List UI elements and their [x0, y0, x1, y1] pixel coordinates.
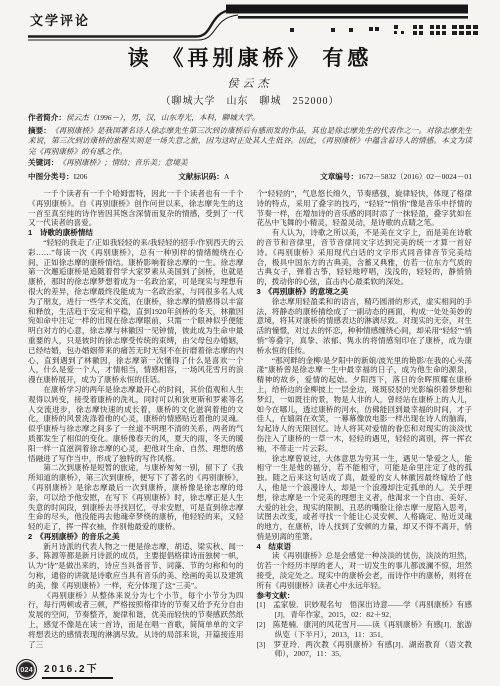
abstract-text: 《再别康桥》是我国著名诗人徐志摩先生第三次到访康桥后有感而发的作品，其也是徐志摩…	[28, 126, 472, 156]
references-heading: 参考文献：	[257, 591, 473, 601]
reference-item: [3] 罗亚玲．两次教《再别康桥》有感[J]．湖南教育（语文教师），2007，1…	[257, 640, 473, 660]
paragraph: 新月诗派的代表人物之一便是徐志摩，胡适、梁实秋、闻一多、陈源等都是新月诗派的成员…	[28, 542, 244, 591]
section-heading: 2 《再别康桥》的音乐之美	[28, 532, 244, 542]
keywords-line: 关键词：《再别康桥》；情结；音乐美；意境美	[28, 158, 472, 169]
page-number-badge: 024	[16, 659, 37, 680]
section-heading: 3 《再别康桥》的意境之美	[257, 287, 473, 297]
article-id-value: 1672－5832（2016）02－0024－01	[358, 172, 472, 181]
doc-code-item: 文献标识码：A	[178, 172, 229, 183]
header-dots-graphic	[290, 25, 478, 35]
clc-value: I206	[74, 172, 88, 181]
abstract-label: 摘要：	[28, 126, 51, 135]
section-heading: 1 诗歌的康桥情结	[28, 228, 244, 238]
column-category-label: 文学评论	[30, 10, 90, 29]
paragraph: 徐志摩用轻盈柔和的语言，精巧圆滑的形式，虚实相间的手法，将静态的康桥描绘成了一副…	[257, 297, 473, 356]
doc-code-value: A	[224, 172, 229, 181]
issue-label: 2016.2下	[42, 660, 113, 679]
classification-row: 中图分类号：I206 文献标识码：A 文章编号：1672－5832（2016）0…	[28, 172, 472, 183]
author-bio-line: 作者简介：侯云杰（1996－），男，汉，山东寿光，本科，聊城大学。	[28, 113, 472, 124]
paragraph: 有人认为，诗歌之所以美，不是美在文字上，而是美在诗歌的音节和音律里，音节音律同文…	[257, 228, 473, 287]
article-meta-block: 作者简介：侯云杰（1996－），男，汉，山东寿光，本科，聊城大学。 摘要：《再别…	[28, 113, 472, 182]
paragraph: 读《再别康桥》总是会感觉一种淡淡的忧伤，淡淡的坦然，仿若一个经历丰厚的老人，对一…	[257, 551, 473, 590]
article-affiliation: （聊城大学 山东 聊城 252000）	[0, 92, 500, 107]
paragraph: “轻轻的我走了/正如我轻轻的来/我轻轻的招手/作别西天的云彩……”每读一次《再别…	[28, 238, 244, 385]
clc-label: 中图分类号：	[28, 172, 74, 181]
doc-code-label: 文献标识码：	[178, 172, 224, 181]
abstract-line: 摘要：《再别康桥》是我国著名诗人徐志摩先生第三次到访康桥后有感而发的作品，其也是…	[28, 126, 472, 158]
keywords-label: 关键词：	[28, 158, 58, 167]
article-author: 侯云杰	[0, 75, 500, 91]
body-columns: 一千个读者有一千个哈姆雷特，因此一千个读者也有一千个《再别康桥》。自《再别康桥》…	[28, 189, 472, 675]
paragraph: 徐志摩曾说过，大体意思为穷其一生，遇见一挚爱之人，能相守一生是他的福分，若不能相…	[257, 454, 473, 542]
paragraph: “那河畔的金柳/是夕阳中的新娘/波光里的艳影/在我的心头荡漾”康桥曾是徐志摩一生…	[257, 356, 473, 454]
right-column: 个“轻轻的”，气息悠长绵久，节奏感强，旋律轻快，体现了格律诗的特点，采用了叠字的…	[257, 189, 473, 675]
section-heading: 4 结束语	[257, 542, 473, 552]
article-id-label: 文章编号：	[320, 172, 358, 181]
page-footer: 024 2016.2下	[16, 657, 113, 681]
left-column: 一千个读者有一千个哈姆雷特，因此一千个读者也有一千个《再别康桥》。自《再别康桥》…	[28, 189, 244, 675]
author-bio-text: 侯云杰（1996－），男，汉，山东寿光，本科，聊城大学。	[66, 113, 260, 122]
paragraph: 第二次到康桥是短暂的旅途，与康桥匆匆一别，留下了《我所知道的康桥》，第三次到康桥…	[28, 463, 244, 532]
clc-item: 中图分类号：I206	[28, 172, 87, 183]
keywords-text: 《再别康桥》；情结；音乐美；意境美	[58, 158, 187, 167]
article-id-item: 文章编号：1672－5832（2016）02－0024－01	[320, 172, 472, 183]
paragraph: 一千个读者有一千个哈姆雷特，因此一千个读者也有一千个《再别康桥》。自《再别康桥》…	[28, 189, 244, 228]
article-title: 读 《再别康桥》 有感	[0, 42, 500, 72]
journal-page: 文学评论 读 《再别康桥》 有感 侯云杰 （聊城大学 山东 聊城 252000）…	[0, 0, 500, 686]
reference-item: [2] 陈楚楠．康河的风花雪月——读《再别康桥》有感[J]．旅游纵览（下半月），…	[257, 620, 473, 640]
author-bio-label: 作者简介：	[28, 113, 66, 122]
paragraph: 在康桥学习的两年是徐志摩最开心的时间，其价值观和人生观得以转变，接受着康桥的洗礼…	[28, 385, 244, 463]
paragraph-continuation: 个“轻轻的”，气息悠长绵久，节奏感强，旋律轻快，体现了格律诗的特点，采用了叠字的…	[257, 189, 473, 228]
paragraph: 《再别康桥》从整体来说分为七个小节，每个小节分为四行，每行两顿或者三顿，严格按照…	[28, 591, 244, 650]
reference-item: [1] 孟家骏．识妙观名句 悟深出诗意——学《再别康桥》有感[J]．青年作家，2…	[257, 600, 473, 620]
